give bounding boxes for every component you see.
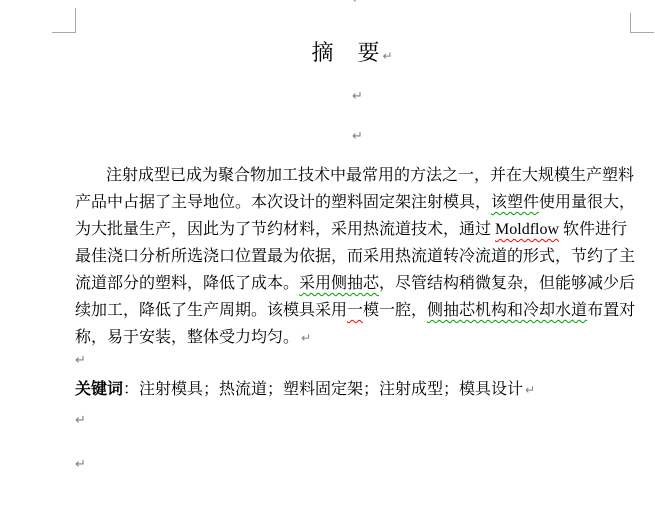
paragraph-mark-icon: ↵ xyxy=(382,49,393,63)
keywords-line: 关键词：注射模具；热流道；塑料固定架；注射成型；模具设计↵ xyxy=(75,378,535,402)
paragraph-mark-icon: ↵ xyxy=(75,354,86,367)
paragraph-mark-icon: ↵ xyxy=(525,383,535,397)
body-text: 软件进行 xyxy=(559,221,627,238)
paragraph-mark-icon: ↵ xyxy=(75,414,86,427)
body-text: 产品中占据了主导地位。本次设计的塑料固定架注射模具， xyxy=(75,194,491,211)
body-text: 最佳浇口分析所选浇口位置最为依据，而采用热流道转冷流道的形式，节约了主 xyxy=(75,248,635,265)
grammar-flagged-text: 侧抽芯机构和冷却水道 xyxy=(427,302,587,319)
body-text: 模一腔， xyxy=(363,302,427,319)
keywords-text: ：注射模具；热流道；塑料固定架；注射成型；模具设计 xyxy=(123,381,523,398)
keywords-label: 关键词 xyxy=(75,381,123,398)
body-line: 流道部分的塑料，降低了成本。采用侧抽芯，尽管结构稍微复杂，但能够减少后 xyxy=(75,270,632,297)
abstract-title: 摘 要↵ xyxy=(75,40,630,65)
body-text: 注射成型已成为聚合物加工技术中最常用的方法之一，并在大规模生产塑料 xyxy=(106,167,634,184)
paragraph-mark-icon: ↵ xyxy=(352,90,363,103)
crop-mark-top-right-icon xyxy=(630,13,654,33)
body-text: 续加工，降低了生产周期。该模具采用 xyxy=(75,302,347,319)
paragraph-mark-icon: ↵ xyxy=(75,458,86,471)
abstract-paragraph: 注射成型已成为聚合物加工技术中最常用的方法之一，并在大规模生产塑料 产品中占据了… xyxy=(75,162,632,351)
grammar-flagged-text: 该塑件 xyxy=(491,194,539,211)
body-line: 产品中占据了主导地位。本次设计的塑料固定架注射模具，该塑件使用量很大， xyxy=(75,189,632,216)
body-line: 注射成型已成为聚合物加工技术中最常用的方法之一，并在大规模生产塑料 xyxy=(75,162,632,189)
crop-mark-top-left-icon xyxy=(52,8,76,33)
body-line: 为大批量生产，因此为了节约材料，采用热流道技术，通过 Moldflow 软件进行 xyxy=(75,216,632,243)
body-text: 为大批量生产，因此为了节约材料，采用热流道技术，通过 xyxy=(75,221,495,238)
spelling-flagged-text: 一 xyxy=(347,302,363,319)
document-page[interactable]: ↵ 摘 要↵ ↵ ↵ 注射成型已成为聚合物加工技术中最常用的方法之一，并在大规模… xyxy=(0,0,655,507)
body-text: 布置对 xyxy=(587,302,635,319)
body-line: 续加工，降低了生产周期。该模具采用一模一腔，侧抽芯机构和冷却水道布置对 xyxy=(75,297,632,324)
body-text: 使用量很大， xyxy=(539,194,635,211)
body-text: ，尽管结构稍微复杂，但能够减少后 xyxy=(379,275,635,292)
paragraph-mark-icon: ↵ xyxy=(301,331,311,345)
body-text: 流道部分的塑料，降低了成本。 xyxy=(75,275,299,292)
body-line: 称，易于安装，整体受力均匀。↵ xyxy=(75,324,632,351)
body-text: 称，易于安装，整体受力均匀。 xyxy=(75,329,299,346)
abstract-title-text: 摘 要 xyxy=(311,40,380,65)
body-line: 最佳浇口分析所选浇口位置最为依据，而采用热流道转冷流道的形式，节约了主 xyxy=(75,243,632,270)
paragraph-mark-icon: ↵ xyxy=(352,130,363,143)
spelling-flagged-text: Moldflow xyxy=(495,221,559,238)
grammar-flagged-text: 采用侧抽芯 xyxy=(299,275,379,292)
paragraph-mark-icon: ↵ xyxy=(352,0,363,6)
